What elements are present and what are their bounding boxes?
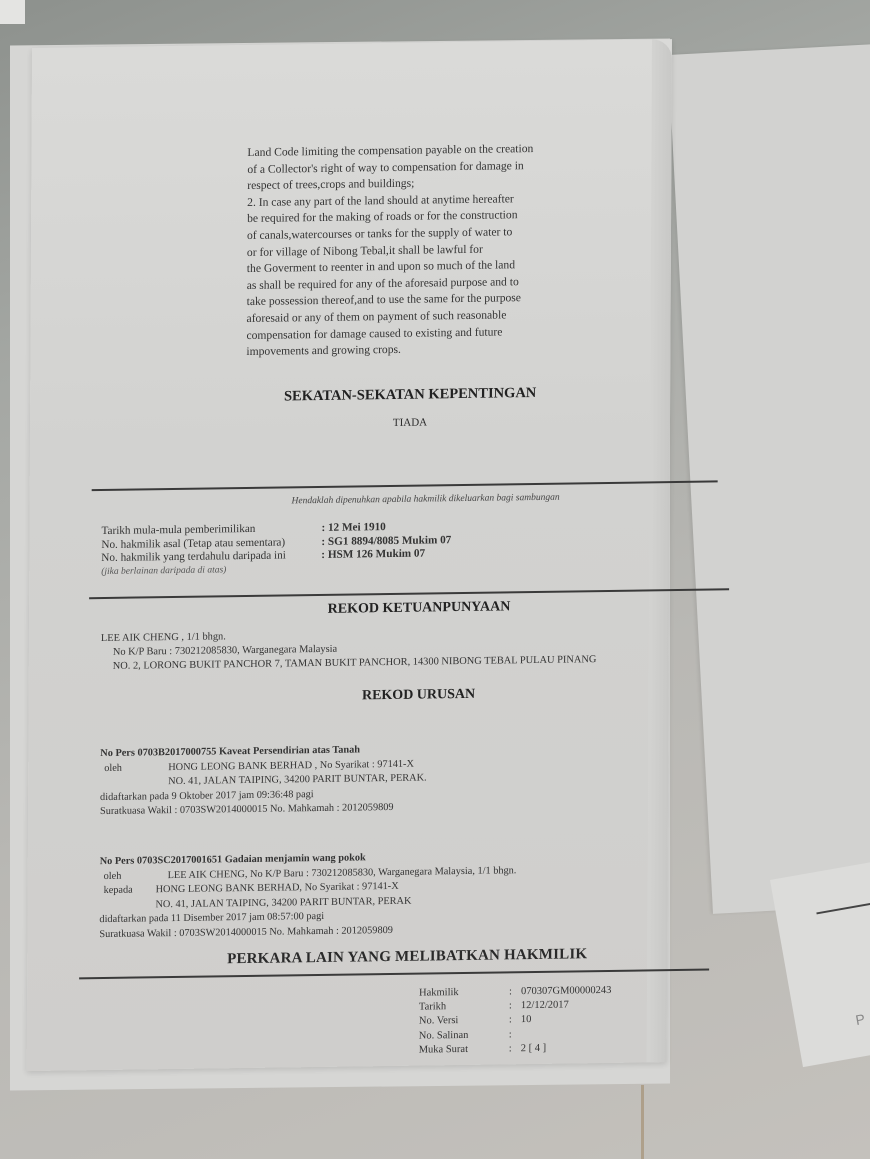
- adjacent-sheet-rule: [816, 899, 870, 914]
- title-history: Tarikh mula-mula pemberimilikan : 12 Mei…: [101, 520, 451, 579]
- transactions-heading: REKOD URUSAN: [229, 685, 609, 706]
- divider: [89, 588, 729, 599]
- sekatan-value: TIADA: [220, 414, 600, 431]
- footer-row: Muka Surat:2 [ 4 ]: [419, 1041, 611, 1058]
- by-value: HONG LEONG BANK BERHAD , No Syarikat : 9…: [168, 758, 414, 772]
- clause-line: impovements and growing crops.: [246, 340, 566, 361]
- transaction-entry: No Pers 0703B2017000755 Kaveat Persendir…: [100, 742, 427, 819]
- sekatan-heading: SEKATAN-SEKATAN KEPENTINGAN: [220, 384, 600, 406]
- floor-tile-seam: [641, 1085, 644, 1159]
- divider: [79, 969, 709, 980]
- transaction-entry: No Pers 0703SC2017001651 Gadaian menjami…: [99, 849, 516, 942]
- footer-row: Hakmilik:070307GM00000243: [419, 984, 611, 1001]
- to-value: HONG LEONG BANK BERHAD, No Syarikat : 97…: [156, 881, 399, 895]
- history-value: : 12 Mei 1910: [321, 521, 385, 535]
- by-label: oleh: [100, 761, 168, 776]
- footer-key: No. Salinan: [419, 1028, 509, 1043]
- handwritten-note: P4: [854, 1008, 870, 1030]
- footer-key: Tarikh: [419, 1000, 509, 1015]
- history-value: : SG1 8894/8085 Mukim 07: [321, 534, 451, 549]
- land-title-document-page: Land Code limiting the compensation paya…: [27, 39, 672, 1071]
- continuation-note: Hendaklah dipenuhkan apabila hakmilik di…: [130, 493, 560, 509]
- footer-value: 10: [521, 1013, 532, 1027]
- adjacent-sheet-bottom: P4: [770, 856, 870, 1067]
- other-matters-heading: PERKARA LAIN YANG MELIBATKAN HAKMILIK: [177, 946, 637, 969]
- history-value: : HSM 126 Mukim 07: [321, 548, 425, 563]
- footer-value: 12/12/2017: [521, 999, 569, 1014]
- footer-key: No. Versi: [419, 1014, 509, 1029]
- document-footer-info: Hakmilik:070307GM00000243 Tarikh:12/12/2…: [419, 984, 612, 1058]
- divider: [92, 480, 718, 491]
- by-label: oleh: [100, 869, 168, 884]
- footer-value: 2 [ 4 ]: [521, 1042, 546, 1057]
- footer-key: Muka Surat: [419, 1042, 509, 1057]
- footer-value: 070307GM00000243: [521, 984, 611, 999]
- ownership-record: LEE AIK CHENG , 1/1 bhgn. No K/P Baru : …: [101, 625, 597, 674]
- land-code-clause: Land Code limiting the compensation paya…: [246, 141, 567, 361]
- ownership-heading: REKOD KETUANPUNYAAN: [229, 598, 609, 619]
- to-label: kepada: [100, 883, 156, 898]
- background-paper-corner: [0, 0, 25, 24]
- adjacent-sheet: [668, 41, 870, 913]
- footer-key: Hakmilik: [419, 985, 509, 1000]
